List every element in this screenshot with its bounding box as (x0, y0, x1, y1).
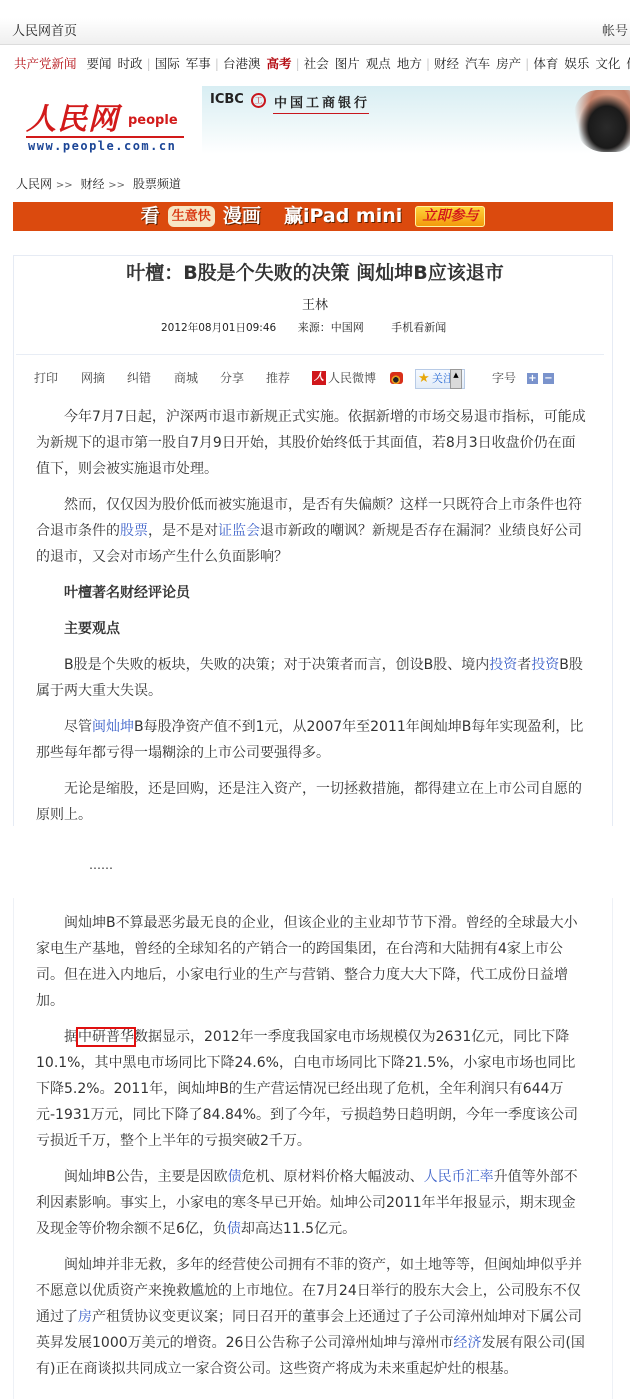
nav-item[interactable]: 地方 (397, 53, 422, 75)
top-bar: 人民网首页 帐号 (0, 18, 630, 45)
keyword-link[interactable]: 投资 (531, 657, 559, 673)
breadcrumb-separator: >> (56, 180, 73, 191)
keyword-link[interactable]: 债 (228, 1169, 242, 1185)
icbc-brand: ICBC (210, 92, 244, 107)
nav-item[interactable]: 共产党新闻 (14, 53, 77, 75)
paragraph-text: ，是不是对 (148, 523, 218, 539)
logo-underline (26, 136, 184, 138)
article-paragraph: 闽灿坤B公告，主要是因欧债危机、原材料价格大幅波动、人民币汇率升值等外部不利因素… (36, 1164, 586, 1242)
paragraph-text: 主要观点 (64, 621, 120, 637)
nav-item[interactable]: 观点 (366, 53, 391, 75)
article-paragraph: 闽灿坤B不算最恶劣最无良的企业，但该企业的主业却节节下滑。曾经的全球最大小家电生… (36, 910, 586, 1014)
nav-item[interactable]: 传 (626, 53, 630, 75)
paragraph-text: 者 (517, 657, 531, 673)
keyword-link[interactable]: 投资 (489, 657, 517, 673)
mall-button[interactable]: 商城 (174, 369, 198, 387)
section-heading: 主要观点 (36, 616, 586, 642)
banner-text-ipad: 赢iPad mini (284, 202, 402, 231)
paragraph-text: 却高达11.5亿元。 (241, 1221, 356, 1237)
people-logo[interactable]: 人民网 people www.people.com.cn (26, 94, 186, 156)
banner-text-comic: 漫画 (223, 202, 261, 231)
people-weibo-icon[interactable]: 人 (312, 371, 326, 385)
logo-en-text: people (128, 113, 178, 128)
icbc-ad-banner[interactable]: ICBC 工 中国工商银行 (202, 86, 630, 154)
article-paragraph: 尽管闽灿坤B每股净资产值不到1元，从2007年至2011年闽灿坤B每年实现盈利，… (36, 714, 586, 766)
nav-separator: | (147, 53, 151, 75)
promo-banner[interactable]: 看 生意快 漫画 赢iPad mini 立即参与 (13, 202, 613, 231)
article-paragraph: B股是个失败的板块，失败的决策；对于决策者而言，创设B股、境内投资者投资B股属于… (36, 652, 586, 704)
nav-item[interactable]: 台港澳 (223, 53, 261, 75)
nav-item[interactable]: 房产 (496, 53, 521, 75)
article-body-part1: 今年7月7日起，沪深两市退市新规正式实施。依据新增的市场交易退市指标，可能成为新… (36, 404, 586, 828)
account-link[interactable]: 帐号 (602, 18, 628, 45)
nav-item[interactable]: 高考 (267, 53, 292, 75)
paragraph-text: 数据显示，2012年一季度我国家电市场规模仅为2631亿元，同比下降10.1%，… (36, 1029, 578, 1149)
icbc-seal-icon: 工 (251, 93, 266, 108)
paragraph-text: 今年7月7日起，沪深两市退市新规正式实施。依据新增的市场交易退市指标，可能成为新… (36, 409, 586, 477)
nav-item[interactable]: 汽车 (465, 53, 490, 75)
paragraph-text: 危机、原材料价格大幅波动、 (242, 1169, 424, 1185)
banner-text-watch: 看 (141, 202, 160, 231)
article-paragraph: 无论是缩股，还是回购，还是注入资产，一切拯救措施，都得建立在上市公司自愿的原则上… (36, 776, 586, 828)
section-heading: 叶檀著名财经评论员 (36, 580, 586, 606)
star-icon: ★ (418, 371, 430, 387)
nav-separator: | (296, 53, 300, 75)
nav-separator: | (525, 53, 529, 75)
paragraph-text: 闽灿坤B公告，主要是因欧 (64, 1169, 228, 1185)
icbc-bank-name: 中国工商银行 (274, 92, 370, 111)
recommend-button[interactable]: 推荐 (266, 369, 290, 387)
share-button[interactable]: 分享 (220, 369, 244, 387)
nav-item[interactable]: 图片 (335, 53, 360, 75)
article-paragraph: 今年7月7日起，沪深两市退市新规正式实施。依据新增的市场交易退市指标，可能成为新… (36, 404, 586, 482)
paragraph-text: 无论是缩股，还是回购，还是注入资产，一切拯救措施，都得建立在上市公司自愿的原则上… (36, 781, 582, 823)
logo-cn-text: 人民网 (26, 94, 119, 138)
source-link[interactable]: 中国网 (331, 321, 364, 334)
font-size-label: 字号 (492, 369, 516, 387)
article-body-part2: 闽灿坤B不算最恶劣最无良的企业，但该企业的主业却节节下滑。曾经的全球最大小家电生… (36, 910, 586, 1382)
ad-photo-image (574, 90, 630, 152)
nav-item[interactable]: 体育 (533, 53, 558, 75)
article-title: 叶檀：B股是个失败的决策 闽灿坤B应该退市 (0, 259, 630, 287)
nav-item[interactable]: 国际 (155, 53, 180, 75)
meta-divider (16, 354, 604, 355)
article-author: 王林 (0, 297, 630, 315)
nav-item[interactable]: 要闻 (87, 53, 112, 75)
nav-item[interactable]: 军事 (186, 53, 211, 75)
sina-weibo-icon[interactable] (390, 372, 403, 384)
nav-item[interactable]: 社会 (304, 53, 329, 75)
article-paragraph: 然而，仅仅因为股价低而被实施退市，是否有失偏颇？这样一只既符合上市条件也符合退市… (36, 492, 586, 570)
keyword-link[interactable]: 债 (227, 1221, 241, 1237)
source-label: 来源： (298, 321, 331, 334)
digest-button[interactable]: 网摘 (81, 369, 105, 387)
keyword-link[interactable]: 证监会 (218, 523, 260, 539)
nav-separator: | (426, 53, 430, 75)
keyword-link[interactable]: 人民币汇率 (424, 1169, 494, 1185)
ellipsis-text: …… (89, 858, 113, 872)
breadcrumb-separator: >> (108, 180, 125, 191)
icbc-underline (273, 113, 369, 114)
nav-item[interactable]: 财经 (434, 53, 459, 75)
article-meta: 2012年08月01日09:46 来源：中国网 手机看新闻 (161, 320, 446, 336)
keyword-link[interactable]: 经济 (453, 1335, 481, 1351)
print-button[interactable]: 打印 (34, 369, 58, 387)
keyword-link[interactable]: 闽灿坤 (92, 719, 134, 735)
article-paragraph: 据中研普华数据显示，2012年一季度我国家电市场规模仅为2631亿元，同比下降1… (36, 1024, 586, 1154)
mobile-news-link[interactable]: 手机看新闻 (391, 321, 446, 334)
join-now-button[interactable]: 立即参与 (415, 206, 485, 227)
breadcrumb-item-people[interactable]: 人民网 (16, 177, 52, 191)
font-increase-button[interactable]: + (527, 373, 538, 384)
logo-url: www.people.com.cn (28, 139, 176, 153)
breadcrumb-item-finance[interactable]: 财经 (80, 177, 104, 191)
scroll-up-arrow-icon[interactable]: ▲ (450, 369, 462, 389)
breadcrumb-item-stocks[interactable]: 股票频道 (133, 177, 181, 191)
paragraph-text: 闽灿坤B不算最恶劣最无良的企业，但该企业的主业却节节下滑。曾经的全球最大小家电生… (36, 915, 578, 1009)
nav-separator: | (215, 53, 219, 75)
nav-item[interactable]: 文化 (595, 53, 620, 75)
keyword-link[interactable]: 股票 (120, 523, 148, 539)
banner-badge: 生意快 (168, 206, 215, 227)
keyword-link[interactable]: 房 (78, 1309, 92, 1325)
font-decrease-button[interactable]: − (543, 373, 554, 384)
home-link[interactable]: 人民网首页 (12, 18, 77, 45)
paragraph-text: 尽管 (64, 719, 92, 735)
people-weibo-link[interactable]: 人民微博 (328, 369, 376, 387)
highlighted-term: 中研普华 (78, 1029, 134, 1045)
nav-item[interactable]: 娱乐 (564, 53, 589, 75)
paragraph-text: B股是个失败的板块，失败的决策；对于决策者而言，创设B股、境内 (64, 657, 489, 673)
breadcrumb: 人民网 >> 财经 >> 股票频道 (16, 175, 181, 195)
paragraph-text: 叶檀著名财经评论员 (64, 585, 190, 601)
publish-date: 2012年08月01日09:46 (161, 322, 276, 334)
paragraph-text: 据 (64, 1029, 78, 1045)
nav-item[interactable]: 时政 (118, 53, 143, 75)
channel-nav: 共产党新闻要闻时政|国际军事|台港澳高考|社会图片观点地方|财经汽车房产|体育娱… (0, 53, 630, 75)
article-paragraph: 闽灿坤并非无救，多年的经营使公司拥有不菲的资产，如土地等等，但闽灿坤似乎并不愿意… (36, 1252, 586, 1382)
correct-button[interactable]: 纠错 (127, 369, 151, 387)
